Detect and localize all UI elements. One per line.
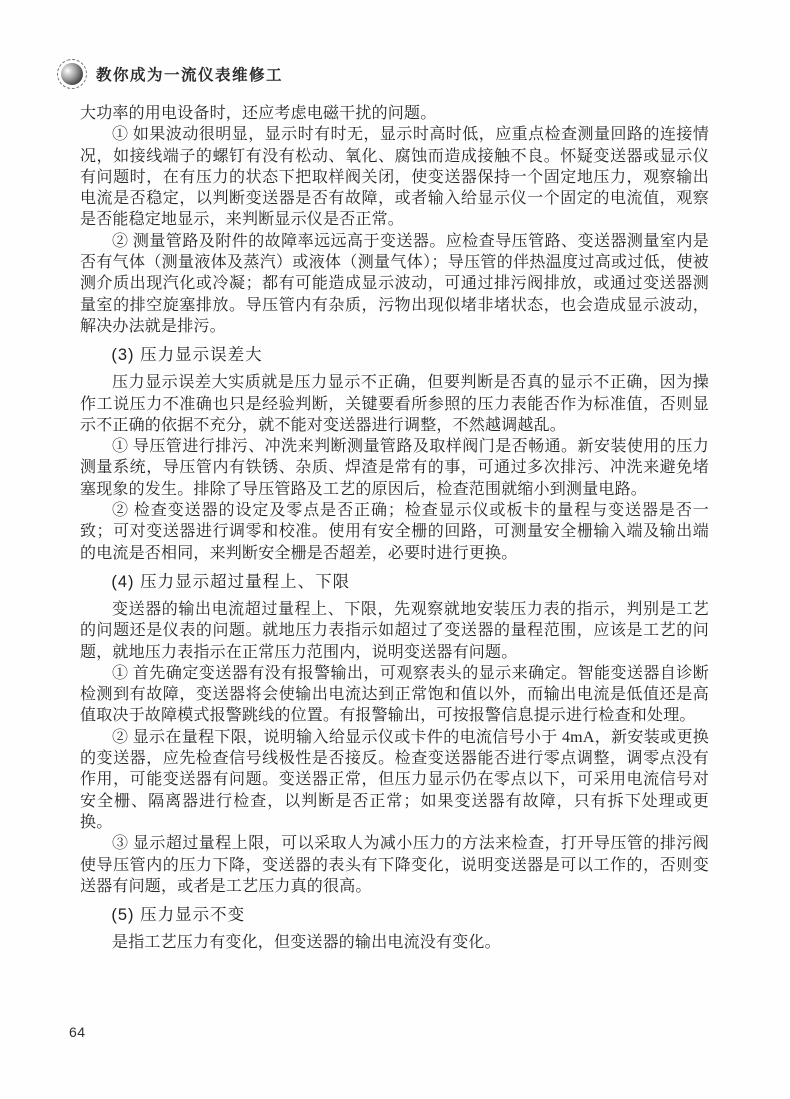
body-paragraph: ① 如果波动很明显，显示时有时无，显示时高时低，应重点检查测量回路的连接情况，如… bbox=[80, 124, 709, 230]
section-heading: (4) 压力显示超过量程上、下限 bbox=[80, 569, 709, 595]
sphere-logo-icon bbox=[53, 55, 91, 93]
body-paragraph: ② 测量管路及附件的故障率远远高于变送器。应检查导压管路、变送器测量室内是否有气… bbox=[80, 231, 709, 337]
page-number: 64 bbox=[69, 1024, 86, 1040]
page-body: 大功率的用电设备时，还应考虑电磁干扰的问题。 ① 如果波动很明显，显示时有时无，… bbox=[80, 103, 709, 953]
body-paragraph: 变送器的输出电流超过量程上、下限，先观察就地安装压力表的指示，判别是工艺的问题还… bbox=[80, 599, 709, 663]
section-heading: (3) 压力显示误差大 bbox=[80, 342, 709, 368]
body-paragraph: ① 导压管进行排污、冲洗来判断测量管路及取样阀门是否畅通。新安装使用的压力测量系… bbox=[80, 436, 709, 500]
body-paragraph: ② 显示在量程下限，说明输入给显示仪或卡件的电流信号小于 4mA，新安装或更换的… bbox=[80, 727, 709, 833]
body-paragraph: ③ 显示超过量程上限，可以采取人为减小压力的方法来检查，打开导压管的排污阀使导压… bbox=[80, 833, 709, 897]
body-paragraph: ② 检查变送器的设定及零点是否正确；检查显示仪或板卡的量程与变送器是否一致；可对… bbox=[80, 500, 709, 564]
running-header: 教你成为一流仪表维修工 bbox=[57, 58, 283, 90]
section-heading: (5) 压力显示不变 bbox=[80, 902, 709, 928]
book-page: 教你成为一流仪表维修工 大功率的用电设备时，还应考虑电磁干扰的问题。 ① 如果波… bbox=[0, 0, 790, 1099]
body-paragraph: 压力显示误差大实质就是压力显示不正确，但要判断是否真的显示不正确，因为操作工说压… bbox=[80, 372, 709, 436]
body-paragraph-continuation: 大功率的用电设备时，还应考虑电磁干扰的问题。 bbox=[80, 103, 709, 124]
body-paragraph: 是指工艺压力有变化，但变送器的输出电流没有变化。 bbox=[80, 932, 709, 953]
book-title: 教你成为一流仪表维修工 bbox=[96, 63, 283, 85]
sphere-logo-ball bbox=[58, 60, 86, 88]
body-paragraph: ① 首先确定变送器有没有报警输出，可观察表头的显示来确定。智能变送器自诊断检测到… bbox=[80, 663, 709, 727]
